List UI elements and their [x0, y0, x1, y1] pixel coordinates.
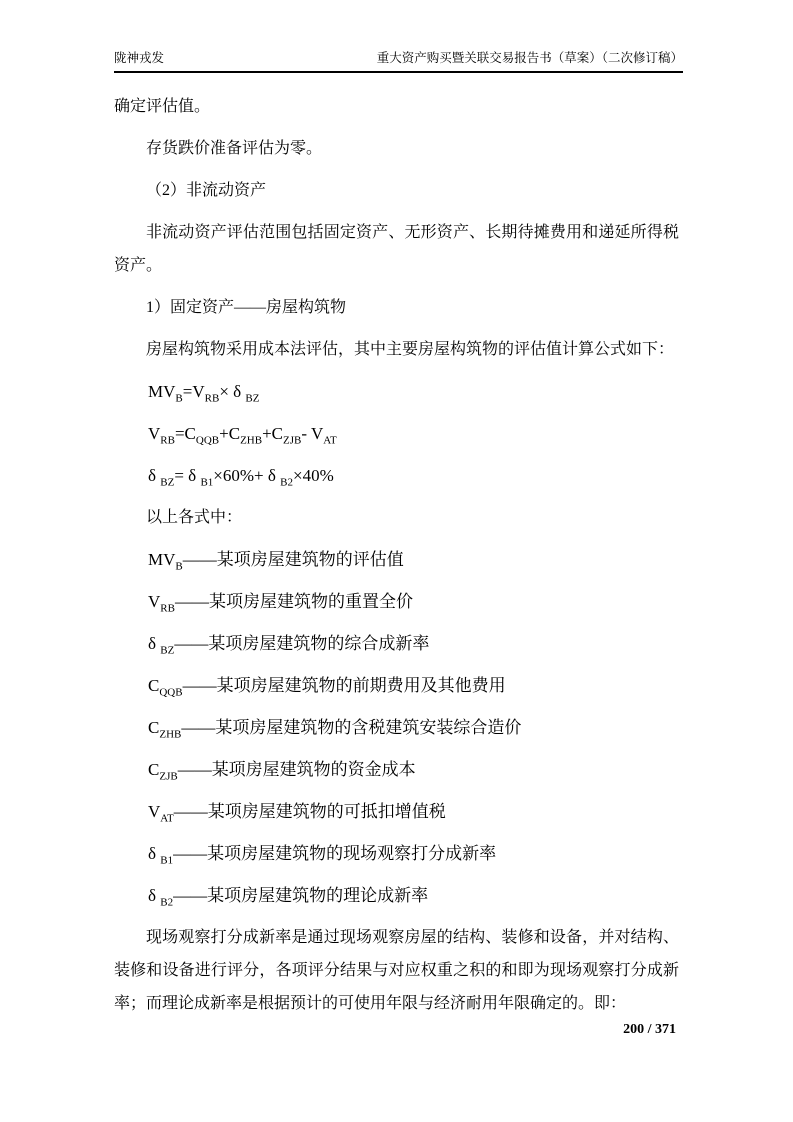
- document-body: 确定评估值。存货跌价准备评估为零。（2）非流动资产非流动资产评估范围包括固定资产…: [114, 90, 679, 1029]
- body-paragraph: （2）非流动资产: [114, 174, 679, 207]
- page-number: 200 / 371: [623, 1022, 676, 1037]
- body-paragraph: 以上各式中：: [114, 501, 679, 534]
- formula-line: VRB=CQQB+CZHB+CZJB- VAT: [114, 417, 679, 450]
- body-paragraph: 现场观察打分成新率是通过现场观察房屋的结构、装修和设备，并对结构、装修和设备进行…: [114, 921, 679, 1020]
- formula-line: MVB=VRB× δ BZ: [114, 375, 679, 408]
- page-header: 陇神戎发 重大资产购买暨关联交易报告书（草案）（二次修订稿）: [114, 50, 683, 73]
- formula-line: CZJB——某项房屋建筑物的资金成本: [114, 753, 679, 786]
- formula-line: δ B1——某项房屋建筑物的现场观察打分成新率: [114, 837, 679, 870]
- formula-line: VAT——某项房屋建筑物的可抵扣增值税: [114, 795, 679, 828]
- body-paragraph: 非流动资产评估范围包括固定资产、无形资产、长期待摊费用和递延所得税资产。: [114, 216, 679, 282]
- formula-line: CZHB——某项房屋建筑物的含税建筑安装综合造价: [114, 711, 679, 744]
- body-paragraph: 房屋构筑物采用成本法评估，其中主要房屋构筑物的评估值计算公式如下：: [114, 333, 679, 366]
- body-paragraph: 1）固定资产——房屋构筑物: [114, 291, 679, 324]
- document-page: 陇神戎发 重大资产购买暨关联交易报告书（草案）（二次修订稿） 确定评估值。存货跌…: [0, 0, 793, 1122]
- formula-line: VRB——某项房屋建筑物的重置全价: [114, 585, 679, 618]
- formula-line: δ BZ——某项房屋建筑物的综合成新率: [114, 627, 679, 660]
- formula-line: δ BZ= δ B1×60%+ δ B2×40%: [114, 459, 679, 492]
- formula-line: δ B2——某项房屋建筑物的理论成新率: [114, 879, 679, 912]
- formula-line: CQQB——某项房屋建筑物的前期费用及其他费用: [114, 669, 679, 702]
- header-report-title: 重大资产购买暨关联交易报告书（草案）（二次修订稿）: [377, 50, 683, 66]
- header-company-name: 陇神戎发: [114, 50, 164, 66]
- formula-line: MVB——某项房屋建筑物的评估值: [114, 543, 679, 576]
- body-paragraph: 确定评估值。: [114, 90, 679, 123]
- body-paragraph: 存货跌价准备评估为零。: [114, 132, 679, 165]
- page-footer: 200 / 371: [114, 1022, 676, 1039]
